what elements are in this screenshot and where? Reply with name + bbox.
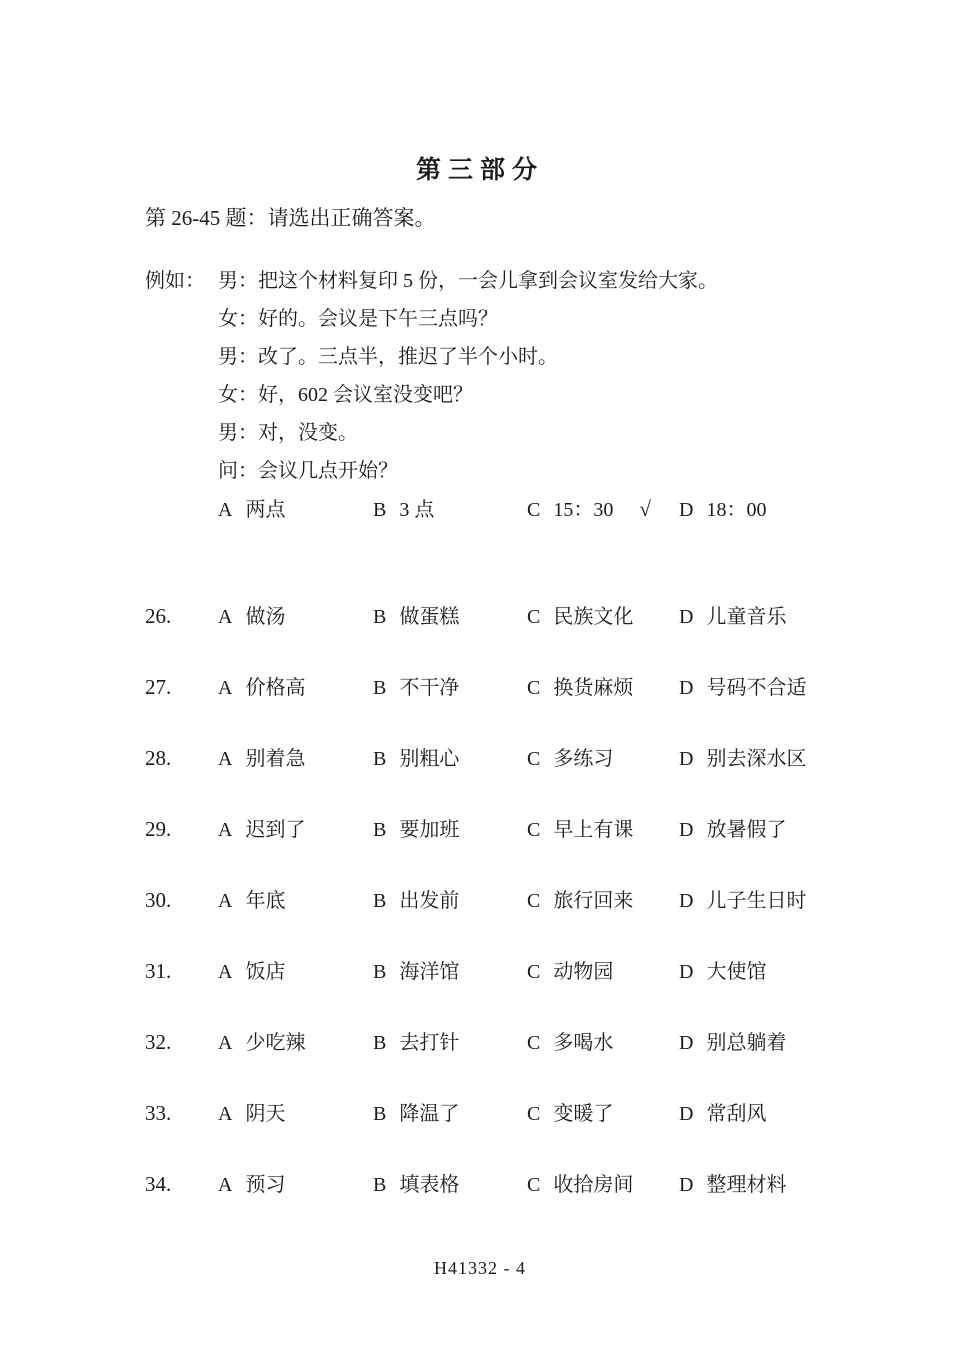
dialogue-line: 男：改了。三点半，推迟了半个小时。 (218, 338, 920, 376)
option-letter: C (527, 748, 540, 770)
option-letter: A (218, 499, 232, 521)
answer-option: B3 点 (373, 491, 527, 529)
option-text: 年底 (245, 890, 285, 912)
answer-option: C民族文化 (527, 603, 679, 631)
exam-page: 第三部分 第 26-45 题：请选出正确答案。 例如： 男：把这个材料复印 5 … (0, 0, 960, 1358)
option-letter: D (679, 1174, 693, 1196)
question-number: 28. (145, 744, 218, 772)
page-footer: H41332 - 4 (0, 1258, 960, 1279)
question-row: 33. A阴天B降温了C变暖了D常刮风 (145, 1099, 920, 1170)
answer-option: C15：30√ (527, 490, 679, 529)
example-options-row: A两点B3 点C15：30√D18：00 (145, 490, 920, 529)
question-number: 34. (145, 1170, 218, 1198)
answer-option: B别粗心 (373, 745, 527, 773)
answer-option: D18：00 (679, 491, 920, 529)
question-number: 30. (145, 886, 218, 914)
option-text: 去打针 (399, 1032, 459, 1054)
option-letter: D (679, 1032, 693, 1054)
answer-option: D别总躺着 (679, 1029, 920, 1057)
dialogue-line: 女：好的。会议是下午三点吗？ (218, 300, 920, 338)
option-text: 价格高 (245, 677, 305, 699)
option-letter: A (218, 606, 232, 628)
question-number: 26. (145, 602, 218, 630)
option-text: 饭店 (245, 961, 285, 983)
option-letter: A (218, 819, 232, 841)
answer-option: C收拾房间 (527, 1171, 679, 1199)
option-text: 动物园 (553, 961, 613, 983)
answer-option: D常刮风 (679, 1100, 920, 1128)
question-number: 31. (145, 957, 218, 985)
answer-option: B海洋馆 (373, 958, 527, 986)
answer-option: B做蛋糕 (373, 603, 527, 631)
answer-option: B出发前 (373, 887, 527, 915)
answer-option: D整理材料 (679, 1171, 920, 1199)
answer-option: A预习 (218, 1171, 373, 1199)
dialogue-lines: 女：好的。会议是下午三点吗？男：改了。三点半，推迟了半个小时。女：好，602 会… (145, 300, 920, 490)
option-letter: C (527, 606, 540, 628)
answer-option: D儿子生日时 (679, 887, 920, 915)
option-letter: C (527, 961, 540, 983)
option-text: 民族文化 (553, 606, 633, 628)
option-text: 儿子生日时 (706, 890, 806, 912)
question-number: 27. (145, 673, 218, 701)
option-text: 海洋馆 (399, 961, 459, 983)
answer-option: C多练习 (527, 745, 679, 773)
answer-option: D别去深水区 (679, 745, 920, 773)
answer-option: D号码不合适 (679, 674, 920, 702)
option-text: 大使馆 (706, 961, 766, 983)
option-letter: D (679, 961, 693, 983)
example-first-line: 例如： 男：把这个材料复印 5 份，一会儿拿到会议室发给大家。 (145, 262, 920, 300)
option-letter: A (218, 1103, 232, 1125)
dialogue-line: 女：好，602 会议室没变吧？ (218, 376, 920, 414)
question-row: 32. A少吃辣B去打针C多喝水D别总躺着 (145, 1028, 920, 1099)
option-text: 3 点 (399, 499, 434, 521)
option-text: 降温了 (399, 1103, 459, 1125)
option-text: 放暑假了 (706, 819, 786, 841)
option-text: 别去深水区 (706, 748, 806, 770)
option-text: 少吃辣 (245, 1032, 305, 1054)
dialogue-line: 问：会议几点开始？ (218, 452, 920, 490)
checkmark-icon: √ (639, 497, 651, 521)
answer-option: A少吃辣 (218, 1029, 373, 1057)
option-text: 收拾房间 (553, 1174, 633, 1196)
example-block: 例如： 男：把这个材料复印 5 份，一会儿拿到会议室发给大家。 女：好的。会议是… (145, 262, 920, 529)
question-row: 34. A预习B填表格C收拾房间D整理材料 (145, 1170, 920, 1241)
option-letter: B (373, 1174, 386, 1196)
option-letter: A (218, 1032, 232, 1054)
option-text: 两点 (245, 499, 285, 521)
option-text: 儿童音乐 (706, 606, 786, 628)
answer-option: B填表格 (373, 1171, 527, 1199)
option-text: 别总躺着 (706, 1032, 786, 1054)
option-text: 号码不合适 (706, 677, 806, 699)
answer-option: A阴天 (218, 1100, 373, 1128)
option-letter: B (373, 1032, 386, 1054)
dialogue-line: 男：对，没变。 (218, 414, 920, 452)
option-letter: B (373, 677, 386, 699)
option-text: 不干净 (399, 677, 459, 699)
answer-option: C旅行回来 (527, 887, 679, 915)
option-text: 旅行回来 (553, 890, 633, 912)
answer-option: B要加班 (373, 816, 527, 844)
answer-option: B降温了 (373, 1100, 527, 1128)
option-text: 多练习 (553, 748, 613, 770)
option-letter: D (679, 677, 693, 699)
option-letter: B (373, 961, 386, 983)
option-letter: A (218, 748, 232, 770)
option-text: 迟到了 (245, 819, 305, 841)
answer-option: D大使馆 (679, 958, 920, 986)
option-text: 整理材料 (706, 1174, 786, 1196)
option-letter: C (527, 499, 540, 521)
answer-option: A做汤 (218, 603, 373, 631)
answer-option: C动物园 (527, 958, 679, 986)
option-letter: A (218, 890, 232, 912)
option-text: 做蛋糕 (399, 606, 459, 628)
question-row: 31. A饭店B海洋馆C动物园D大使馆 (145, 957, 920, 1028)
option-text: 换货麻烦 (553, 677, 633, 699)
option-text: 填表格 (399, 1174, 459, 1196)
option-text: 早上有课 (553, 819, 633, 841)
question-number: 29. (145, 815, 218, 843)
option-text: 别粗心 (399, 748, 459, 770)
option-text: 多喝水 (553, 1032, 613, 1054)
answer-option: D放暑假了 (679, 816, 920, 844)
question-number: 33. (145, 1099, 218, 1127)
option-text: 变暖了 (553, 1103, 613, 1125)
option-letter: D (679, 890, 693, 912)
question-row: 30. A年底B出发前C旅行回来D儿子生日时 (145, 886, 920, 957)
answer-option: C多喝水 (527, 1029, 679, 1057)
option-text: 出发前 (399, 890, 459, 912)
option-letter: B (373, 819, 386, 841)
answer-option: C早上有课 (527, 816, 679, 844)
answer-option: A迟到了 (218, 816, 373, 844)
option-letter: B (373, 606, 386, 628)
option-text: 做汤 (245, 606, 285, 628)
option-text: 常刮风 (706, 1103, 766, 1125)
answer-option: A价格高 (218, 674, 373, 702)
section-instruction: 第 26-45 题：请选出正确答案。 (145, 202, 436, 232)
question-row: 29. A迟到了B要加班C早上有课D放暑假了 (145, 815, 920, 886)
answer-option: B不干净 (373, 674, 527, 702)
answer-option: A两点 (218, 491, 373, 529)
option-letter: D (679, 499, 693, 521)
option-letter: B (373, 1103, 386, 1125)
option-letter: A (218, 1174, 232, 1196)
option-letter: C (527, 1032, 540, 1054)
question-row: 26. A做汤B做蛋糕C民族文化D儿童音乐 (145, 602, 920, 673)
option-text: 阴天 (245, 1103, 285, 1125)
option-text: 15：30 (553, 499, 613, 521)
option-letter: A (218, 677, 232, 699)
dialogue-line: 男：把这个材料复印 5 份，一会儿拿到会议室发给大家。 (218, 262, 718, 300)
question-row: 28. A别着急B别粗心C多练习D别去深水区 (145, 744, 920, 815)
option-letter: D (679, 819, 693, 841)
answer-option: D儿童音乐 (679, 603, 920, 631)
answer-option: C换货麻烦 (527, 674, 679, 702)
option-text: 别着急 (245, 748, 305, 770)
answer-option: B去打针 (373, 1029, 527, 1057)
option-letter: C (527, 1103, 540, 1125)
option-letter: C (527, 819, 540, 841)
question-number: 32. (145, 1028, 218, 1056)
option-letter: D (679, 1103, 693, 1125)
option-letter: B (373, 890, 386, 912)
option-letter: B (373, 748, 386, 770)
option-letter: D (679, 606, 693, 628)
answer-option: A年底 (218, 887, 373, 915)
option-text: 要加班 (399, 819, 459, 841)
answer-option: C变暖了 (527, 1100, 679, 1128)
page-title: 第三部分 (0, 150, 960, 186)
option-letter: B (373, 499, 386, 521)
option-letter: D (679, 748, 693, 770)
question-row: 27. A价格高B不干净C换货麻烦D号码不合适 (145, 673, 920, 744)
option-letter: C (527, 1174, 540, 1196)
option-text: 18：00 (706, 499, 766, 521)
example-label: 例如： (145, 262, 218, 300)
option-letter: C (527, 890, 540, 912)
answer-option: A别着急 (218, 745, 373, 773)
option-letter: C (527, 677, 540, 699)
option-text: 预习 (245, 1174, 285, 1196)
answer-option: A饭店 (218, 958, 373, 986)
questions-list: 26. A做汤B做蛋糕C民族文化D儿童音乐 27. A价格高B不干净C换货麻烦D… (145, 602, 920, 1241)
option-letter: A (218, 961, 232, 983)
